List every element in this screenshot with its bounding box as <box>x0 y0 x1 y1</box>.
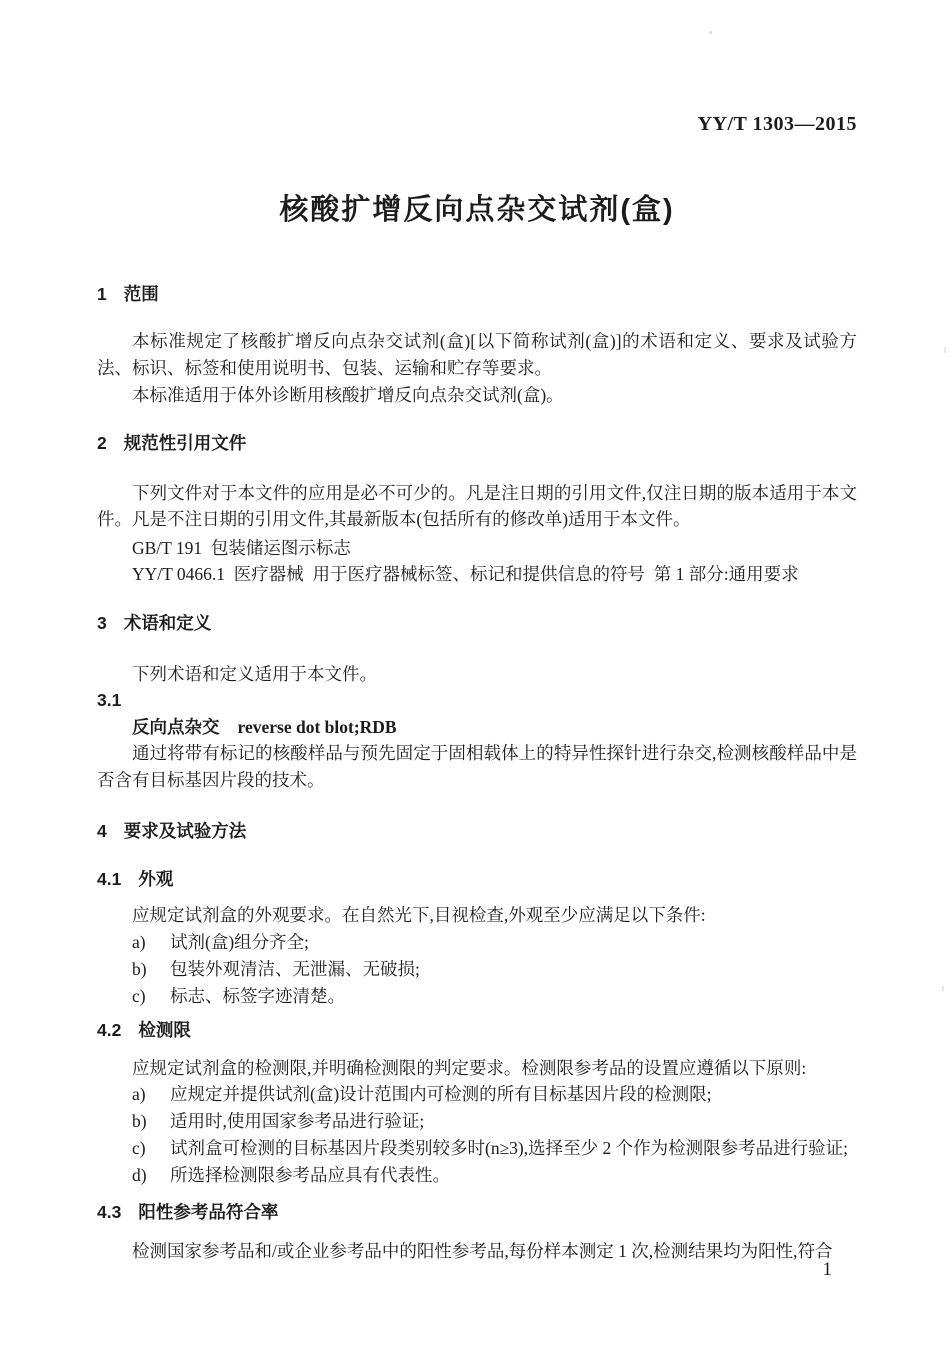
scope-paragraph-1: 本标准规定了核酸扩增反向点杂交试剂(盒)[以下简称试剂(盒)]的术语和定义、要求… <box>97 328 857 381</box>
list-item: a)试剂(盒)组分齐全; <box>97 929 857 956</box>
section-number: 2 <box>97 431 107 455</box>
term-chinese: 反向点杂交 <box>132 717 220 737</box>
section-title: 术语和定义 <box>124 613 212 633</box>
list-item-label: d) <box>132 1162 170 1189</box>
scan-artifact-dot <box>709 31 712 34</box>
list-item-text: 适用时,使用国家参考品进行验证; <box>170 1108 857 1135</box>
term-definition: 通过将带有标记的核酸样品与预先固定于固相载体上的特异性探针进行杂交,检测核酸样品… <box>97 740 857 793</box>
normative-references-intro: 下列文件对于本文件的应用是必不可少的。凡是注日期的引用文件,仅注日期的版本适用于… <box>97 480 857 533</box>
section-1-heading: 1范围 <box>97 282 857 306</box>
list-item-label: a) <box>132 1081 170 1108</box>
reference-item: GB/T 191 包装储运图示标志 <box>97 535 857 562</box>
section-number: 4.1 <box>97 867 121 891</box>
page-number: 1 <box>823 1258 833 1282</box>
list-item-label: b) <box>132 1108 170 1135</box>
section-number: 4 <box>97 819 107 843</box>
term-entry: 反向点杂交reverse dot blot;RDB <box>97 714 857 741</box>
scan-artifact-mark <box>942 986 944 991</box>
section-title: 外观 <box>138 869 173 889</box>
list-item-text: 包装外观清洁、无泄漏、无破损; <box>170 956 857 983</box>
list-item-label: b) <box>132 956 170 983</box>
section-number: 4.3 <box>97 1200 121 1224</box>
scope-paragraph-2: 本标准适用于体外诊断用核酸扩增反向点杂交试剂(盒)。 <box>97 382 857 409</box>
list-item: c)标志、标签字迹清楚。 <box>97 983 857 1010</box>
section-2-heading: 2规范性引用文件 <box>97 431 857 455</box>
list-item-label: a) <box>132 929 170 956</box>
section-4-2-heading: 4.2检测限 <box>97 1018 857 1042</box>
list-item: b)适用时,使用国家参考品进行验证; <box>97 1108 857 1135</box>
terms-intro-paragraph: 下列术语和定义适用于本文件。 <box>97 661 857 688</box>
appearance-intro: 应规定试剂盒的外观要求。在自然光下,目视检查,外观至少应满足以下条件: <box>97 902 857 929</box>
list-item-text: 试剂盒可检测的目标基因片段类别较多时(n≥3),选择至少 2 个作为检测限参考品… <box>170 1135 857 1162</box>
list-item-text: 所选择检测限参考品应具有代表性。 <box>170 1162 857 1189</box>
section-number: 4.2 <box>97 1018 121 1042</box>
section-title: 要求及试验方法 <box>124 821 247 841</box>
list-item: c)试剂盒可检测的目标基因片段类别较多时(n≥3),选择至少 2 个作为检测限参… <box>97 1135 857 1162</box>
section-4-3-heading: 4.3阳性参考品符合率 <box>97 1200 857 1224</box>
list-item-label: c) <box>132 1135 170 1162</box>
section-title: 范围 <box>124 284 159 304</box>
list-item: d)所选择检测限参考品应具有代表性。 <box>97 1162 857 1189</box>
detection-limit-intro: 应规定试剂盒的检测限,并明确检测限的判定要求。检测限参考品的设置应遵循以下原则: <box>97 1055 857 1082</box>
section-title: 检测限 <box>138 1020 191 1040</box>
list-item-text: 标志、标签字迹清楚。 <box>170 983 857 1010</box>
section-number: 3 <box>97 611 107 635</box>
scan-artifact-mark <box>944 347 946 353</box>
standard-code: YY/T 1303—2015 <box>97 112 857 136</box>
section-3-heading: 3术语和定义 <box>97 611 857 635</box>
document-title: 核酸扩增反向点杂交试剂(盒) <box>97 190 857 230</box>
term-number: 3.1 <box>97 687 857 714</box>
list-item-text: 试剂(盒)组分齐全; <box>170 929 857 956</box>
section-number: 1 <box>97 282 107 306</box>
positive-reference-paragraph: 检测国家参考品和/或企业参考品中的阳性参考品,每份样本测定 1 次,检测结果均为… <box>97 1238 857 1265</box>
document-page: YY/T 1303—2015 核酸扩增反向点杂交试剂(盒) 1范围 本标准规定了… <box>0 0 950 1368</box>
section-4-heading: 4要求及试验方法 <box>97 819 857 843</box>
section-title: 规范性引用文件 <box>124 433 247 453</box>
list-item-label: c) <box>132 983 170 1010</box>
list-item: a)应规定并提供试剂(盒)设计范围内可检测的所有目标基因片段的检测限; <box>97 1081 857 1108</box>
section-4-1-heading: 4.1外观 <box>97 867 857 891</box>
reference-item: YY/T 0466.1 医疗器械 用于医疗器械标签、标记和提供信息的符号 第 1… <box>97 561 857 588</box>
list-item: b)包装外观清洁、无泄漏、无破损; <box>97 956 857 983</box>
list-item-text: 应规定并提供试剂(盒)设计范围内可检测的所有目标基因片段的检测限; <box>170 1081 857 1108</box>
section-title: 阳性参考品符合率 <box>138 1202 278 1222</box>
term-english: reverse dot blot;RDB <box>238 717 397 737</box>
